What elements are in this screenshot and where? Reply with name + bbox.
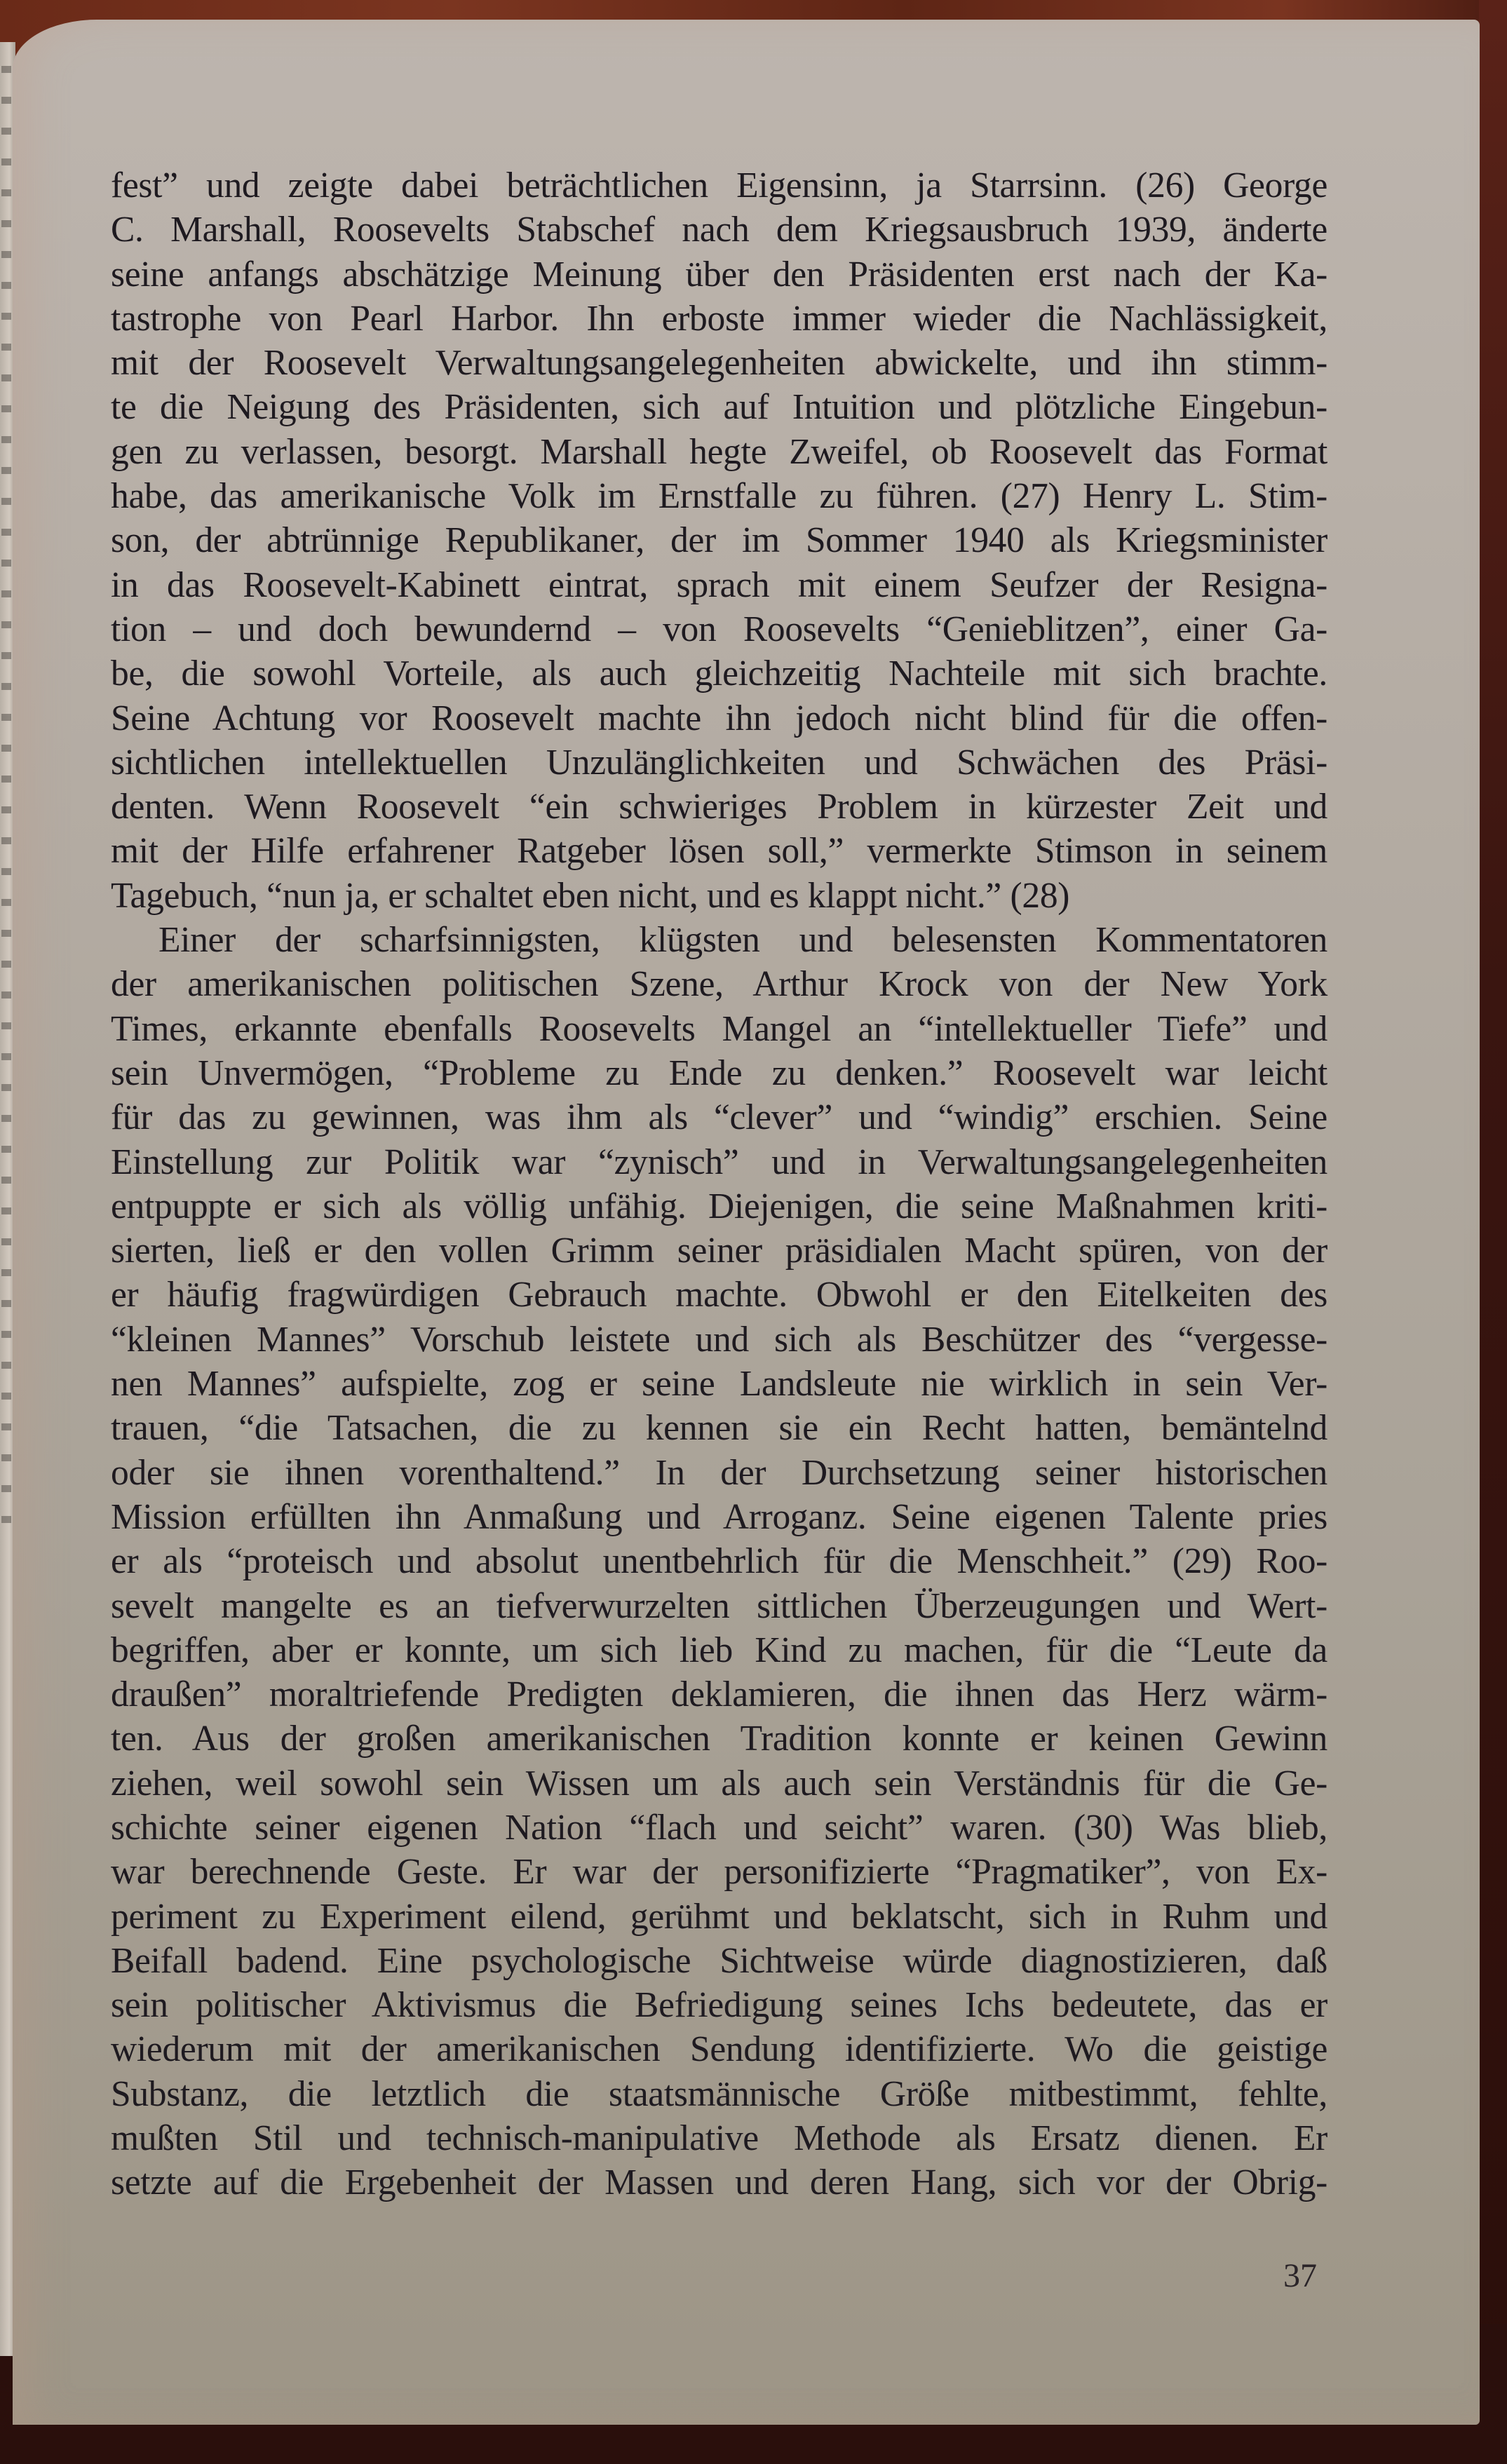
text-line: schichte seiner eigenen Nation “flach un… [111, 1806, 1327, 1850]
text-line: ten. Aus der großen amerikanischen Tradi… [111, 1717, 1327, 1761]
text-line: sein politischer Aktivismus die Befriedi… [111, 1983, 1327, 2027]
text-line: Beifall badend. Eine psychologische Sich… [111, 1939, 1327, 1983]
text-line: begriffen, aber er konnte, um sich lieb … [111, 1628, 1327, 1672]
text-line: Mission erfüllten ihn Anmaßung und Arrog… [111, 1495, 1327, 1539]
text-line: sichtlichen intellektuellen Unzulänglich… [111, 740, 1327, 785]
text-line: fest” und zeigte dabei beträchtlichen Ei… [111, 163, 1327, 208]
text-line: denten. Wenn Roosevelt “ein schwieriges … [111, 785, 1327, 829]
text-line: sierten, ließ er den vollen Grimm seiner… [111, 1228, 1327, 1273]
body-text: fest” und zeigte dabei beträchtlichen Ei… [111, 163, 1327, 2205]
text-line: Seine Achtung vor Roosevelt machte ihn j… [111, 696, 1327, 740]
text-line: der amerikanischen politischen Szene, Ar… [111, 962, 1327, 1006]
text-line: “kleinen Mannes” Vorschub leistete und s… [111, 1318, 1327, 1362]
text-line: mit der Roosevelt Verwaltungsangelegenhe… [111, 341, 1327, 385]
text-line: war berechnende Geste. Er war der person… [111, 1850, 1327, 1894]
text-line: periment zu Experiment eilend, gerühmt u… [111, 1895, 1327, 1939]
text-line: habe, das amerikanische Volk im Ernstfal… [111, 474, 1327, 518]
text-line: gen zu verlassen, besorgt. Marshall hegt… [111, 430, 1327, 474]
text-line: Substanz, die letztlich die staatsmännis… [111, 2072, 1327, 2116]
text-line: setzte auf die Ergebenheit der Massen un… [111, 2160, 1327, 2205]
text-line: draußen” moraltriefende Predigten deklam… [111, 1672, 1327, 1717]
text-line: C. Marshall, Roosevelts Stabschef nach d… [111, 208, 1327, 252]
text-line: sein Unvermögen, “Probleme zu Ende zu de… [111, 1051, 1327, 1095]
text-line: tion – und doch bewundernd – von Rooseve… [111, 607, 1327, 651]
text-line: nen Mannes” aufspielte, zog er seine Lan… [111, 1362, 1327, 1406]
text-line: Times, erkannte ebenfalls Roosevelts Man… [111, 1007, 1327, 1051]
paragraph-end-line: Tagebuch, “nun ja, er schaltet eben nich… [111, 874, 1327, 918]
text-line: mit der Hilfe erfahrener Ratgeber lösen … [111, 829, 1327, 873]
text-line: ziehen, weil sowohl sein Wissen um als a… [111, 1761, 1327, 1806]
text-line: für das zu gewinnen, was ihm als “clever… [111, 1095, 1327, 1139]
text-line: wiederum mit der amerikanischen Sendung … [111, 2027, 1327, 2071]
text-line: mußten Stil und technisch-manipulative M… [111, 2116, 1327, 2160]
text-line: Einstellung zur Politik war “zynisch” un… [111, 1140, 1327, 1184]
text-line: son, der abtrünnige Republikaner, der im… [111, 518, 1327, 562]
text-line: te die Neigung des Präsidenten, sich auf… [111, 385, 1327, 429]
text-line: tastrophe von Pearl Harbor. Ihn erboste … [111, 297, 1327, 341]
text-line: sevelt mangelte es an tiefverwurzelten s… [111, 1584, 1327, 1628]
text-line: oder sie ihnen vorenthaltend.” In der Du… [111, 1451, 1327, 1495]
paragraph-start-line: Einer der scharfsinnigsten, klügsten und… [111, 918, 1327, 962]
text-line: entpuppte er sich als völlig unfähig. Di… [111, 1184, 1327, 1228]
text-line: er häufig fragwürdigen Gebrauch machte. … [111, 1273, 1327, 1317]
text-line: be, die sowohl Vorteile, als auch gleich… [111, 651, 1327, 696]
text-line: trauen, “die Tatsachen, die zu kennen si… [111, 1406, 1327, 1450]
text-line: er als “proteisch und absolut unentbehrl… [111, 1539, 1327, 1583]
wood-background-right [1479, 0, 1507, 2464]
page-number: 37 [1283, 2256, 1317, 2295]
book-page: fest” und zeigte dabei beträchtlichen Ei… [13, 20, 1480, 2425]
text-line: in das Roosevelt-Kabinett eintrat, sprac… [111, 563, 1327, 607]
text-line: seine anfangs abschätzige Meinung über d… [111, 252, 1327, 297]
